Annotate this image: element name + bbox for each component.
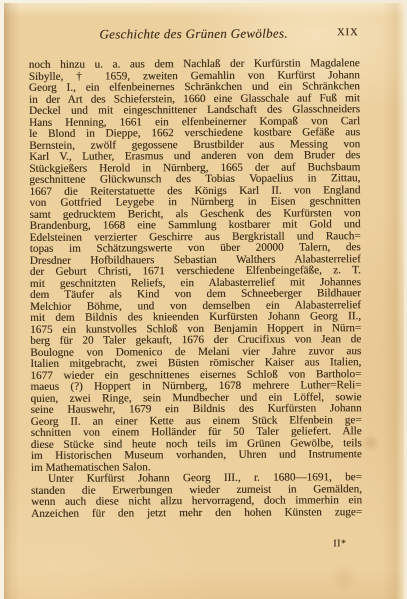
paragraph: Unter Kurfürst Johann Georg III., r. 168… bbox=[31, 472, 362, 520]
page-header: Geschichte des Grünen Gewölbes. XIX bbox=[29, 25, 359, 43]
scan-background: Geschichte des Grünen Gewölbes. XIX noch… bbox=[0, 0, 407, 599]
text-line: Anzeichen für den jetzt mehr den hohen K… bbox=[31, 507, 362, 520]
paragraph: noch hinzu u. a. aus dem Nachlaß der Kur… bbox=[29, 58, 362, 474]
running-title: Geschichte des Grünen Gewölbes. bbox=[29, 25, 359, 43]
signature-mark: II* bbox=[333, 538, 346, 549]
page-number: XIX bbox=[337, 27, 359, 38]
page-content: Geschichte des Grünen Gewölbes. XIX noch… bbox=[2, 2, 405, 599]
text-line: im Historischen Museum vorhanden, Uhren … bbox=[31, 449, 362, 462]
body-text: noch hinzu u. a. aus dem Nachlaß der Kur… bbox=[29, 58, 362, 520]
book-page: Geschichte des Grünen Gewölbes. XIX noch… bbox=[4, 3, 404, 599]
